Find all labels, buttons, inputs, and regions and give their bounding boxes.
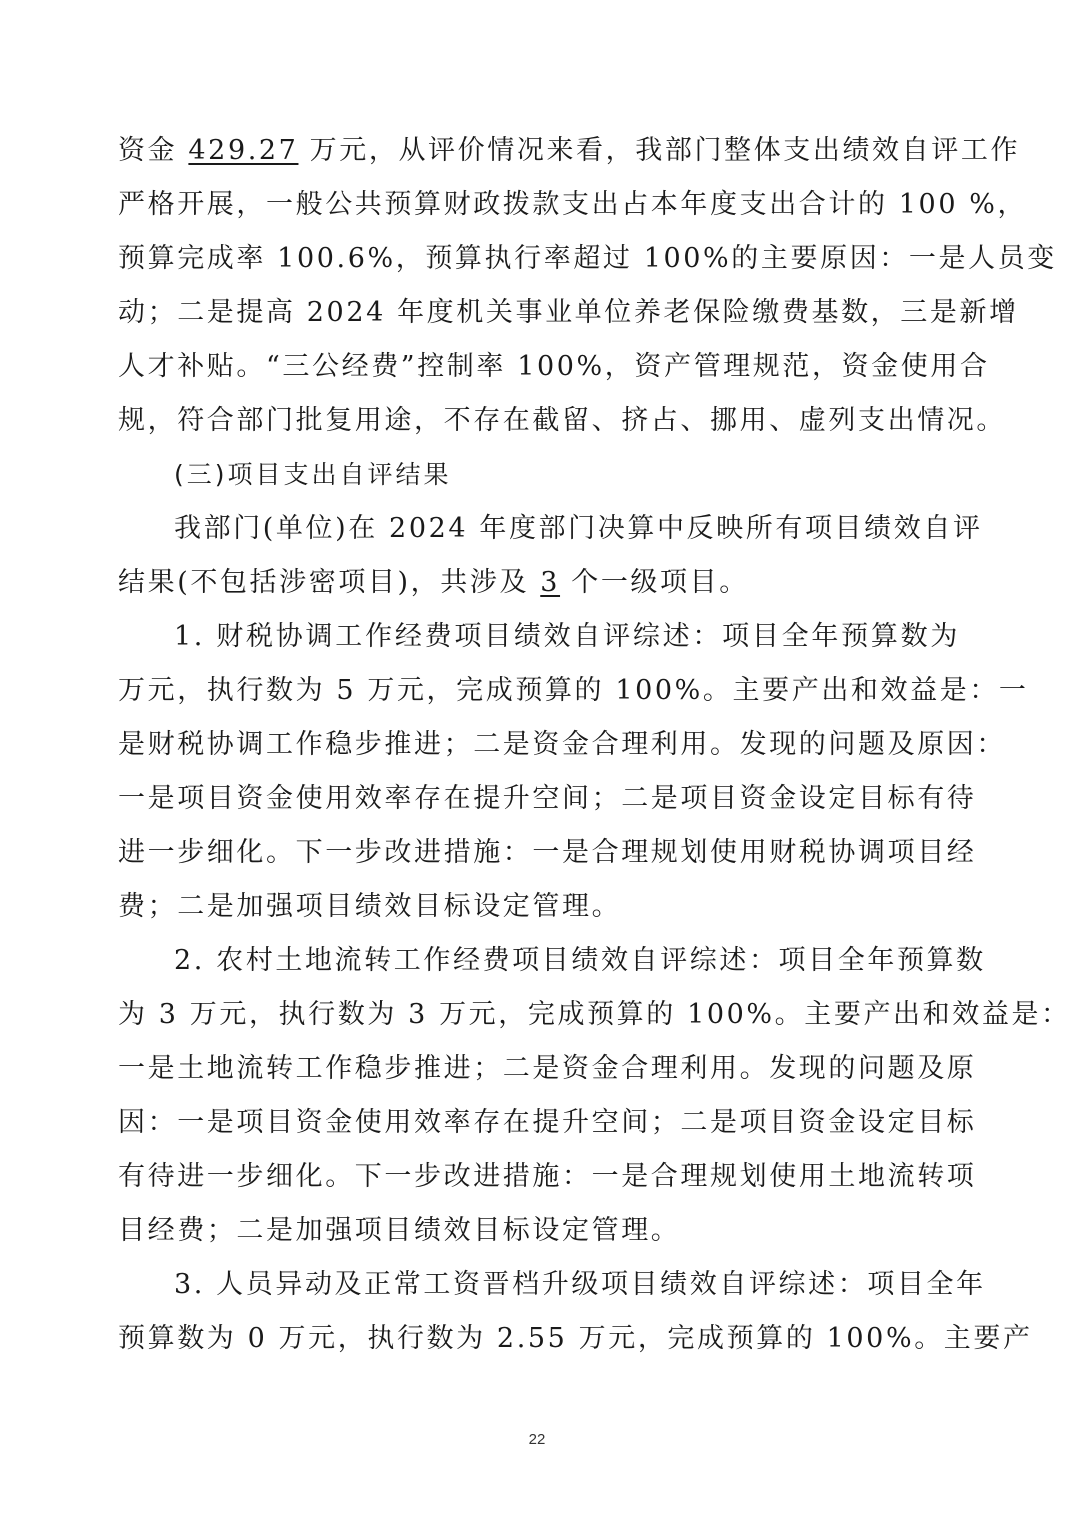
project-1-line-5: 进一步细化。下一步改进措施：一是合理规划使用财税协调项目经 bbox=[118, 826, 960, 880]
text-segment: 万元，从评价情况来看，我部门整体支出绩效自评工作 bbox=[298, 135, 1020, 166]
text-segment: 资金 bbox=[118, 135, 188, 166]
overall-summary-line-2: 严格开展，一般公共预算财政拨款支出占本年度支出合计的 100 %， bbox=[118, 178, 960, 232]
project-3-line-1: 3. 人员异动及正常工资晋档升级项目绩效自评综述：项目全年 bbox=[174, 1258, 960, 1312]
project-1-line-3: 是财税协调工作稳步推进；二是资金合理利用。发现的问题及原因： bbox=[118, 718, 960, 772]
underlined-project-count: 3 bbox=[540, 567, 560, 598]
project-1-line-1: 1. 财税协调工作经费项目绩效自评综述：项目全年预算数为 bbox=[174, 610, 960, 664]
text-segment: 结果(不包括涉密项目)，共涉及 bbox=[118, 567, 540, 598]
intro-line-1: 我部门(单位)在 2024 年度部门决算中反映所有项目绩效自评 bbox=[174, 502, 960, 556]
overall-summary-line-4: 动；二是提高 2024 年度机关事业单位养老保险缴费基数，三是新增 bbox=[118, 286, 960, 340]
text-segment: 个一级项目。 bbox=[560, 567, 749, 598]
project-2-line-5: 有待进一步细化。下一步改进措施：一是合理规划使用土地流转项 bbox=[118, 1150, 960, 1204]
project-2-line-1: 2. 农村土地流转工作经费项目绩效自评综述：项目全年预算数 bbox=[174, 934, 960, 988]
section-heading: (三)项目支出自评结果 bbox=[174, 448, 452, 502]
intro-line-2: 结果(不包括涉密项目)，共涉及 3 个一级项目。 bbox=[118, 556, 749, 610]
overall-summary-line-5: 人才补贴。“三公经费”控制率 100%，资产管理规范，资金使用合 bbox=[118, 340, 960, 394]
project-3-line-2: 预算数为 0 万元，执行数为 2.55 万元，完成预算的 100%。主要产 bbox=[118, 1312, 960, 1366]
overall-summary-line-6: 规，符合部门批复用途，不存在截留、挤占、挪用、虚列支出情况。 bbox=[118, 394, 960, 448]
project-1-line-6: 费；二是加强项目绩效目标设定管理。 bbox=[118, 880, 621, 934]
underlined-amount: 429.27 bbox=[188, 135, 298, 166]
overall-summary-line-1: 资金 429.27 万元，从评价情况来看，我部门整体支出绩效自评工作 bbox=[118, 124, 960, 178]
project-1-line-2: 万元，执行数为 5 万元，完成预算的 100%。主要产出和效益是：一 bbox=[118, 664, 960, 718]
overall-summary-line-3: 预算完成率 100.6%，预算执行率超过 100%的主要原因：一是人员变 bbox=[118, 232, 960, 286]
project-2-line-3: 一是土地流转工作稳步推进；二是资金合理利用。发现的问题及原 bbox=[118, 1042, 960, 1096]
project-2-line-4: 因：一是项目资金使用效率存在提升空间；二是项目资金设定目标 bbox=[118, 1096, 960, 1150]
page-number: 22 bbox=[0, 1431, 1074, 1448]
project-2-line-2: 为 3 万元，执行数为 3 万元，完成预算的 100%。主要产出和效益是： bbox=[118, 988, 960, 1042]
project-2-line-6: 目经费；二是加强项目绩效目标设定管理。 bbox=[118, 1204, 680, 1258]
project-1-line-4: 一是项目资金使用效率存在提升空间；二是项目资金设定目标有待 bbox=[118, 772, 960, 826]
